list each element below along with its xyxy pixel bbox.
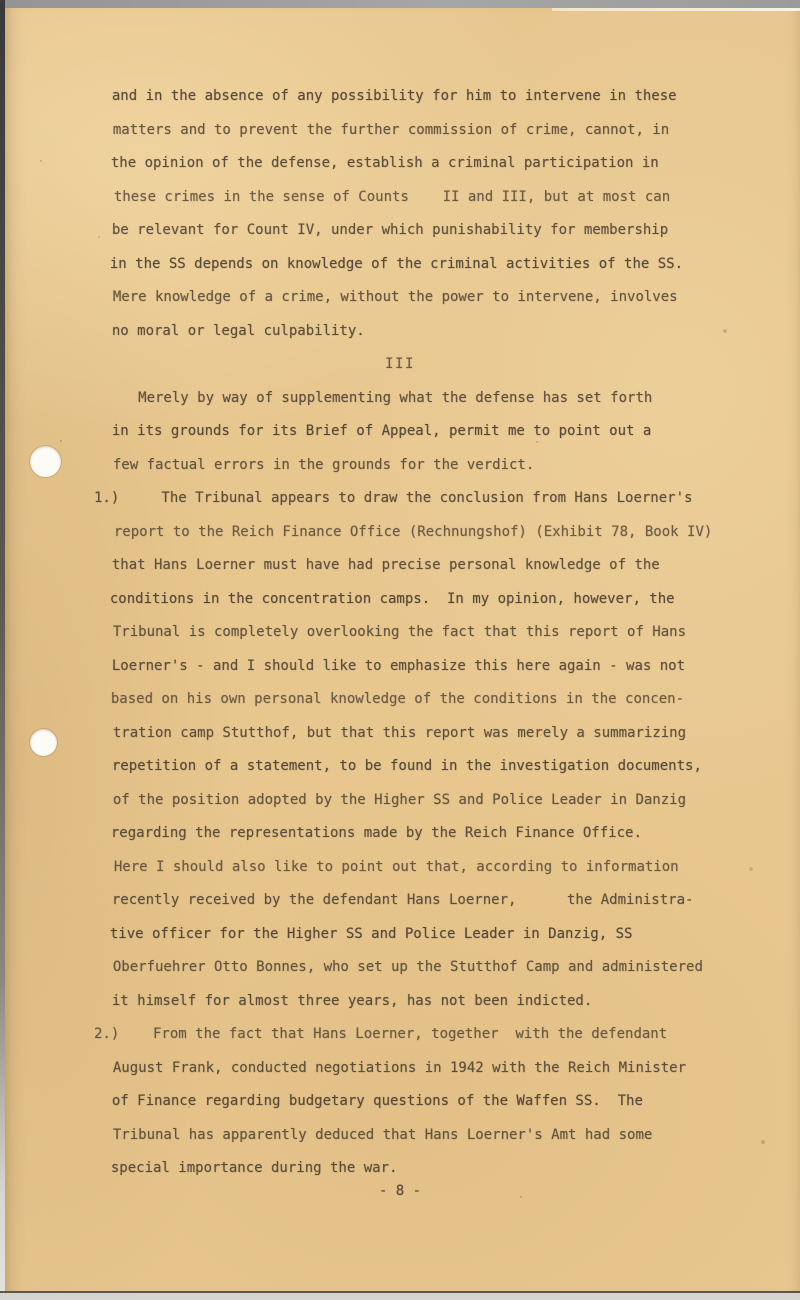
text-line: few factual errors in the grounds for th… [96, 457, 534, 475]
scanned-document-page: and in the absence of any possibility fo… [0, 0, 800, 1300]
text-line: in the SS depends on knowledge of the cr… [93, 256, 683, 274]
text-line: in its grounds for its Brief of Appeal, … [95, 423, 651, 441]
text-line: be relevant for Count IV, under which pu… [95, 222, 668, 240]
text-line: tive officer for the Higher SS and Polic… [93, 926, 632, 944]
text-line: Here I should also like to point out tha… [97, 859, 679, 877]
text-line: and in the absence of any possibility fo… [95, 88, 677, 106]
text-line: Merely by way of supplementing what the … [96, 390, 652, 408]
text-line: matters and to prevent the further commi… [96, 122, 669, 140]
text-line: report to the Reich Finance Office (Rech… [97, 524, 712, 542]
text-line: these crimes in the sense of Counts II a… [97, 189, 670, 207]
text-line: no moral or legal culpability. [95, 323, 365, 341]
text-line: 1.) The Tribunal appears to draw the con… [94, 490, 692, 508]
text-line: conditions in the concentration camps. I… [93, 591, 675, 609]
text-line: Tribunal has apparently deduced that Han… [96, 1127, 652, 1145]
text-line: special importance during the war. [94, 1160, 397, 1178]
text-line: 2.) From the fact that Hans Loerner, tog… [94, 1026, 667, 1044]
section-heading: III [0, 356, 800, 374]
text-line: tration camp Stutthof, but that this rep… [96, 725, 686, 743]
text-line: regarding the representations made by th… [94, 825, 642, 843]
text-line: of the position adopted by the Higher SS… [96, 792, 686, 810]
text-line: of Finance regarding budgetary questions… [95, 1093, 643, 1111]
text-line: Tribunal is completely overlooking the f… [96, 624, 686, 642]
text-line: Oberfuehrer Otto Bonnes, who set up the … [96, 959, 703, 977]
text-line: the opinion of the defense, establish a … [94, 155, 659, 173]
text-line: recently received by the defendant Hans … [95, 892, 693, 910]
text-line: August Frank, conducted negotiations in … [96, 1060, 686, 1078]
text-line: based on his own personal knowledge of t… [94, 691, 684, 709]
text-line: Mere knowledge of a crime, without the p… [96, 289, 678, 307]
page-number: - 8 - [0, 1183, 800, 1201]
text-line: Loerner's - and I should like to emphasi… [95, 658, 685, 676]
text-line: it himself for almost three years, has n… [95, 993, 592, 1011]
text-line: that Hans Loerner must have had precise … [95, 557, 660, 575]
text-line: repetition of a statement, to be found i… [95, 758, 702, 776]
document-text: and in the absence of any possibility fo… [0, 0, 800, 1300]
